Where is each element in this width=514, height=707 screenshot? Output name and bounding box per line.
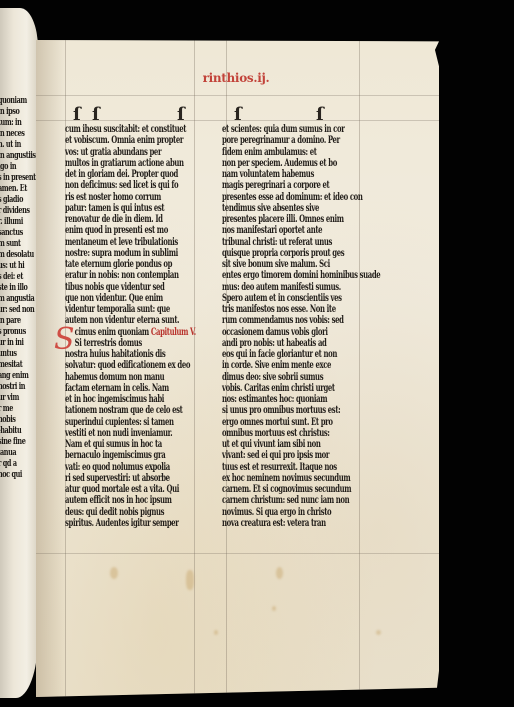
facing-text-line: m angustia bbox=[0, 294, 27, 304]
text-line: factam eternam in celis. Nam bbox=[65, 383, 193, 394]
text-line: renovatur de die in diem. Id bbox=[65, 214, 193, 225]
facing-text-line: ste in illo bbox=[0, 283, 27, 293]
text-line: det in gloriam dei. Propter quod bbox=[65, 169, 193, 180]
text-line: Nam et qui sumus in hoc ta bbox=[65, 439, 193, 450]
text-line: in corde. Sive enim mente exce bbox=[222, 360, 350, 371]
facing-text-line: us: ut hi bbox=[0, 261, 27, 271]
text-line: que non videntur. Que enim bbox=[65, 293, 193, 304]
text-line: presentes esse ad dominum: et ideo con bbox=[222, 192, 350, 203]
chapter-opening: S cimus enim quoniam Capitulum V.Si terr… bbox=[65, 327, 193, 530]
facing-text-line: in neces bbox=[0, 129, 27, 139]
text-line: vati: eo quod nolumus expolia bbox=[65, 462, 193, 473]
text-line: occasionem damus vobis glori bbox=[222, 327, 350, 338]
text-column-right: ſſ et scientes: quia dum sumus in corpor… bbox=[222, 124, 350, 529]
text-fragment: cimus enim quoniam bbox=[75, 327, 149, 338]
text-line: deus: qui dedit nobis pignus bbox=[65, 507, 193, 518]
facing-text-line: in ipso bbox=[0, 107, 27, 117]
facing-text-line: s in presenti bbox=[0, 173, 27, 183]
text-line: nos: estimantes hoc: quoniam bbox=[222, 394, 350, 405]
foxing-stain bbox=[186, 570, 194, 590]
text-line: multos in gratiarum actione abun bbox=[65, 158, 193, 169]
text-line: tris manifestos nos esse. Non ite bbox=[222, 304, 350, 315]
text-line: nos manifestari oportet ante bbox=[222, 225, 350, 236]
facing-text-line: ang enim bbox=[0, 371, 27, 381]
text-line: cum ihesu suscitabit: et constituet bbox=[65, 124, 193, 135]
text-line: rum commendamus nos vobis: sed bbox=[222, 315, 350, 326]
facing-text-line: nostri in bbox=[0, 382, 27, 392]
text-column-left: ſſſ cum ihesu suscitabit: et constituete… bbox=[65, 124, 193, 529]
foxing-stain bbox=[110, 567, 118, 579]
facing-text-line: s dei: et bbox=[0, 272, 27, 282]
text-line: solvatur: quod edificationem ex deo bbox=[65, 360, 193, 371]
text-line: carnem. Et si cognovimus secundum bbox=[222, 484, 350, 495]
facing-text-line: hoc qui bbox=[0, 470, 27, 480]
facing-text-line: quoniam bbox=[0, 96, 27, 106]
text-line: fidem enim ambulamus: et bbox=[222, 147, 350, 158]
facing-text-line: ianua bbox=[0, 448, 27, 458]
facing-text-line: nobis bbox=[0, 415, 27, 425]
text-line: pore peregrinamur a domino. Per bbox=[222, 135, 350, 146]
facing-text-line: ur in ini bbox=[0, 338, 27, 348]
facing-text-line: s gladio bbox=[0, 195, 27, 205]
text-line: et vobiscum. Omnia enim propter bbox=[65, 135, 193, 146]
facing-text-line: r qd a bbox=[0, 459, 27, 469]
text-line: Si terrestris domus bbox=[65, 338, 203, 349]
text-line: ex hoc neminem novimus secundum bbox=[222, 473, 350, 484]
facing-text-line: n. ut in bbox=[0, 140, 27, 150]
facing-text-line: r dividens bbox=[0, 206, 27, 216]
text-line: et scientes: quia dum sumus in cor bbox=[222, 124, 350, 135]
facing-text-line: in angustiis bbox=[0, 151, 27, 161]
facing-text-line: mesitat bbox=[0, 360, 27, 370]
text-line: dimus deo: sive sobrii sumus bbox=[222, 372, 350, 383]
facing-text-line: s pronus bbox=[0, 327, 27, 337]
text-line: mus: deo autem manifesti sumus. bbox=[222, 282, 350, 293]
foxing-stain bbox=[272, 606, 276, 611]
foxing-stain bbox=[276, 567, 283, 579]
text-line: habemus domum non manu bbox=[65, 372, 193, 383]
text-line: andi pro nobis: ut habeatis ad bbox=[222, 338, 350, 349]
text-line: nova creatura est: vetera tran bbox=[222, 518, 350, 529]
text-line: et in hoc ingemiscimus habi bbox=[65, 394, 193, 405]
text-line: spiritus. Audentes igitur semper bbox=[65, 518, 193, 529]
text-line: Spero autem et in conscientiis ves bbox=[222, 293, 350, 304]
ruling-line bbox=[36, 553, 439, 554]
facing-text-line: r. illumi bbox=[0, 217, 27, 227]
facing-text-line: -habitu bbox=[0, 426, 27, 436]
facing-text-line: sine fine bbox=[0, 437, 27, 447]
text-line: magis peregrinari a corpore et bbox=[222, 180, 350, 191]
text-line: patur: tamen is qui intus est bbox=[65, 203, 193, 214]
text-line: tuus est et resurrexit. Itaque nos bbox=[222, 462, 350, 473]
text-line: vestiti et non nudi inveniamur. bbox=[65, 428, 193, 439]
text-line: tate eternum glorie pondus op bbox=[65, 259, 193, 270]
ruling-line bbox=[36, 95, 439, 96]
text-line: quisque propria corporis prout ges bbox=[222, 248, 350, 259]
text-line: non per speciem. Audemus et bo bbox=[222, 158, 350, 169]
text-line: vos: ut gratia abundans per bbox=[65, 147, 193, 158]
facing-text-line: ur: sed non bbox=[0, 305, 27, 315]
running-head: rinthios.ij. bbox=[186, 71, 286, 85]
text-line: tribunal christi: ut referat unus bbox=[222, 237, 350, 248]
ascender-flourishes: ſſ bbox=[222, 104, 350, 124]
text-line: omnibus mortuus est christus: bbox=[222, 428, 350, 439]
text-line: videntur temporalia sunt: que bbox=[65, 304, 193, 315]
text-line: si unus pro omnibus mortuus est: bbox=[222, 405, 350, 416]
text-line: nostra huius habitationis dis bbox=[65, 349, 193, 360]
text-line: carnem christum: sed nunc iam non bbox=[222, 495, 350, 506]
text-line: ut et qui vivunt iam sibi non bbox=[222, 439, 350, 450]
text-line: sit sive bonum sive malum. Sci bbox=[222, 259, 350, 270]
text-line: tibus nobis que videntur sed bbox=[65, 282, 193, 293]
text-line: nam voluntatem habemus bbox=[222, 169, 350, 180]
text-line: mentaneum et leve tribulationis bbox=[65, 237, 193, 248]
facing-text-line: untus bbox=[0, 349, 27, 359]
ascender-flourishes: ſſſ bbox=[65, 104, 193, 124]
text-line: cimus enim quoniam Capitulum V. bbox=[65, 327, 203, 338]
text-line: autem efficit nos in hoc ipsum bbox=[65, 495, 193, 506]
text-line: atur quod mortale est a vita. Qui bbox=[65, 484, 193, 495]
text-line: novimus. Si qua ergo in christo bbox=[222, 507, 350, 518]
text-line: tationem nostram que de celo est bbox=[65, 405, 193, 416]
facing-text-line: r me bbox=[0, 404, 27, 414]
facing-text-line: m desolatu bbox=[0, 250, 27, 260]
text-line: ergo omnes mortui sunt. Et pro bbox=[222, 417, 350, 428]
text-line: entes ergo timorem domini hominibus suad… bbox=[222, 270, 350, 281]
text-line: non deficimus: sed licet is qui fo bbox=[65, 180, 193, 191]
facing-text-line: igo in bbox=[0, 162, 27, 172]
facing-text-line: sanctus bbox=[0, 228, 27, 238]
facing-text-line: tum: in bbox=[0, 118, 27, 128]
foxing-stain bbox=[214, 630, 218, 635]
facing-text-line: in pare bbox=[0, 316, 27, 326]
facing-page-curled: quoniamin ipsotum: inin necesn. ut inin … bbox=[0, 8, 38, 698]
text-line: ris est noster homo corrum bbox=[65, 192, 193, 203]
text-line: nostre: supra modum in sublimi bbox=[65, 248, 193, 259]
foxing-stain bbox=[376, 630, 381, 635]
text-line: enim quod in presenti est mo bbox=[65, 225, 193, 236]
text-line: eos qui in facie gloriantur et non bbox=[222, 349, 350, 360]
text-line: vobis. Caritas enim christi urget bbox=[222, 383, 350, 394]
manuscript-leaf: rinthios.ij. ſſſ cum ihesu suscitabit: e… bbox=[36, 40, 439, 697]
text-line: presentes placere illi. Omnes enim bbox=[222, 214, 350, 225]
text-line: bernaculo ingemiscimus gra bbox=[65, 450, 193, 461]
text-line: autem non videntur eterna sunt. bbox=[65, 315, 193, 326]
photo-background: quoniamin ipsotum: inin necesn. ut inin … bbox=[0, 0, 514, 707]
text-line: ri sed supervestiri: ut absorbe bbox=[65, 473, 193, 484]
facing-text-line: m sunt bbox=[0, 239, 27, 249]
text-line: vivant: sed ei qui pro ipsis mor bbox=[222, 450, 350, 461]
text-line: tendimus sive absentes sive bbox=[222, 203, 350, 214]
chapter-rubric: Capitulum V. bbox=[151, 327, 196, 338]
facing-text-line: ur vim bbox=[0, 393, 27, 403]
text-line: superindui cupientes: si tamen bbox=[65, 417, 193, 428]
ruling-line bbox=[359, 40, 360, 697]
text-line: eratur in nobis: non contemplan bbox=[65, 270, 193, 281]
facing-page-text: quoniamin ipsotum: inin necesn. ut inin … bbox=[0, 96, 38, 480]
facing-text-line: amen. Et bbox=[0, 184, 27, 194]
ruling-line bbox=[194, 40, 195, 697]
